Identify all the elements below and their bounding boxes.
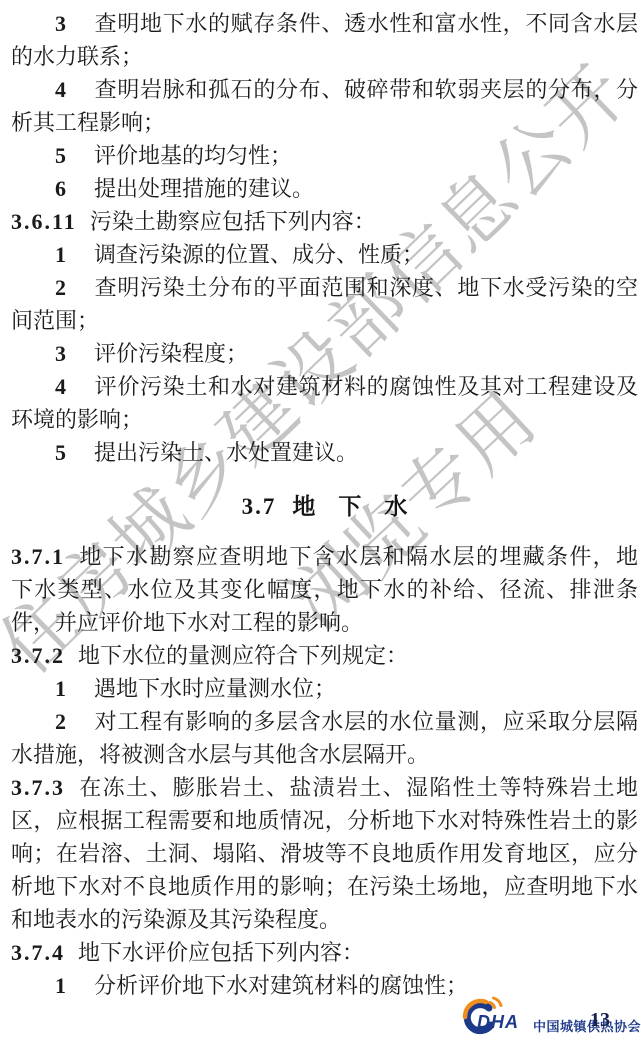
item-number: 5 [55,440,66,465]
item-number: 1 [55,242,66,267]
text-line: 1调查污染源的位置、成分、性质； [11,238,638,271]
list-item-paragraph: 5提出污染土、水处置建议。 [11,436,638,469]
clause-paragraph: 3.7.1地下水勘察应查明地下含水层和隔水层的埋藏条件，地下水类型、水位及其变化… [11,540,638,639]
line-text: 响；在岩溶、土洞、塌陷、滑坡等不良地质作用发育地区，应分 [11,841,638,866]
text-line: 响；在岩溶、土洞、塌陷、滑坡等不良地质作用发育地区，应分 [11,837,638,870]
item-number: 1 [55,676,66,701]
list-item-paragraph: 6提出处理措施的建议。 [11,172,638,205]
text-line: 3查明地下水的赋存条件、透水性和富水性，不同含水层 [11,7,638,40]
line-text: 遇地下水时应量测水位； [94,676,336,701]
line-text: 查明地下水的赋存条件、透水性和富水性，不同含水层 [94,11,638,36]
section-title: 地 下 水 [292,494,407,519]
text-line: 析其工程影响； [11,106,638,139]
text-line: 2查明污染土分布的平面范围和深度、地下水受污染的空 [11,271,638,304]
text-line: 3评价污染程度； [11,337,638,370]
line-text: 的水力联系； [11,44,143,69]
line-text: 提出处理措施的建议。 [94,176,314,201]
line-text: 区，应根据工程需要和地质情况，分析地下水对特殊性岩土的影 [11,808,638,833]
line-text: 对工程有影响的多层含水层的水位量测，应采取分层隔 [94,709,638,734]
text-line: 和地表水的污染源及其污染程度。 [11,903,638,936]
line-text: 下水类型、水位及其变化幅度，地下水的补给、径流、排泄条 [11,577,638,602]
line-text: 评价污染程度； [94,341,248,366]
page-footer: DHA 中国城镇供热协会 13 [456,995,641,1045]
text-line: 3.6.11污染土勘察应包括下列内容： [11,205,638,238]
list-item-paragraph: 2查明污染土分布的平面范围和深度、地下水受污染的空间范围； [11,271,638,337]
line-text: 析地下水对不良地质作用的影响；在污染土场地，应查明地下水 [11,874,638,899]
text-line: 3.7.3在冻土、膨胀岩土、盐渍岩土、湿陷性土等特殊岩土地 [11,771,638,804]
text-line: 的水力联系； [11,40,638,73]
section-number: 3.7 [242,494,277,519]
line-text: 评价污染土和水对建筑材料的腐蚀性及其对工程建设及 [94,374,638,399]
text-line: 件，并应评价地下水对工程的影响。 [11,606,638,639]
item-number: 6 [55,176,66,201]
list-item-paragraph: 2对工程有影响的多层含水层的水位量测，应采取分层隔水措施，将被测含水层与其他含水… [11,705,638,771]
item-number: 1 [55,973,66,998]
line-text: 分析评价地下水对建筑材料的腐蚀性； [94,973,468,998]
item-number: 4 [55,77,66,102]
clause-number: 3.7.1 [11,544,65,569]
item-number: 2 [55,709,66,734]
line-text: 析其工程影响； [11,110,165,135]
text-line: 水措施，将被测含水层与其他含水层隔开。 [11,738,638,771]
line-text: 评价地基的均匀性； [94,143,292,168]
text-line: 4评价污染土和水对建筑材料的腐蚀性及其对工程建设及 [11,370,638,403]
clause-number: 3.7.3 [11,775,65,800]
line-text: 间范围； [11,308,99,333]
list-item-paragraph: 3评价污染程度； [11,337,638,370]
list-item-paragraph: 3查明地下水的赋存条件、透水性和富水性，不同含水层的水力联系； [11,7,638,73]
text-line: 4查明岩脉和孤石的分布、破碎带和软弱夹层的分布，分 [11,73,638,106]
item-number: 3 [55,11,66,36]
clause-paragraph: 3.7.4地下水评价应包括下列内容： [11,936,638,969]
item-number: 4 [55,374,66,399]
text-line: 环境的影响； [11,403,638,436]
list-item-paragraph: 4评价污染土和水对建筑材料的腐蚀性及其对工程建设及环境的影响； [11,370,638,436]
clause-number: 3.7.2 [11,643,65,668]
list-item-paragraph: 1调查污染源的位置、成分、性质； [11,238,638,271]
text-line: 2对工程有影响的多层含水层的水位量测，应采取分层隔 [11,705,638,738]
list-item-paragraph: 1遇地下水时应量测水位； [11,672,638,705]
line-text: 环境的影响； [11,407,143,432]
line-text: 水措施，将被测含水层与其他含水层隔开。 [11,742,429,767]
text-line: 间范围； [11,304,638,337]
clause-paragraph: 3.6.11污染土勘察应包括下列内容： [11,205,638,238]
document-content: 3查明地下水的赋存条件、透水性和富水性，不同含水层的水力联系；4查明岩脉和孤石的… [11,7,638,1002]
text-line: 下水类型、水位及其变化幅度，地下水的补给、径流、排泄条 [11,573,638,606]
line-text: 件，并应评价地下水对工程的影响。 [11,610,363,635]
list-item-paragraph: 5评价地基的均匀性； [11,139,638,172]
line-text: 地下水勘察应查明地下含水层和隔水层的埋藏条件，地 [78,544,638,569]
section-heading: 3.7地 下 水 [11,490,638,523]
logo-org-name: 中国城镇供热协会 [533,1016,641,1035]
page-number: 13 [590,1009,610,1032]
list-item-paragraph: 4查明岩脉和孤石的分布、破碎带和软弱夹层的分布，分析其工程影响； [11,73,638,139]
item-number: 2 [55,275,66,300]
text-line: 5提出污染土、水处置建议。 [11,436,638,469]
clause-paragraph: 3.7.2地下水位的量测应符合下列规定： [11,639,638,672]
line-text: 地下水位的量测应符合下列规定： [78,643,408,668]
clause-paragraph: 3.7.3在冻土、膨胀岩土、盐渍岩土、湿陷性土等特殊岩土地区，应根据工程需要和地… [11,771,638,936]
clause-number: 3.6.11 [11,209,77,234]
clause-number: 3.7.4 [11,940,65,965]
text-line: 3.7.4地下水评价应包括下列内容： [11,936,638,969]
line-text: 查明岩脉和孤石的分布、破碎带和软弱夹层的分布，分 [94,77,638,102]
item-number: 5 [55,143,66,168]
item-number: 3 [55,341,66,366]
text-line: 1遇地下水时应量测水位； [11,672,638,705]
line-text: 地下水评价应包括下列内容： [78,940,364,965]
text-line: 区，应根据工程需要和地质情况，分析地下水对特殊性岩土的影 [11,804,638,837]
text-line: 6提出处理措施的建议。 [11,172,638,205]
line-text: 污染土勘察应包括下列内容： [90,209,376,234]
text-line: 5评价地基的均匀性； [11,139,638,172]
line-text: 提出污染土、水处置建议。 [94,440,358,465]
text-line: 3.7.2地下水位的量测应符合下列规定： [11,639,638,672]
text-line: 析地下水对不良地质作用的影响；在污染土场地，应查明地下水 [11,870,638,903]
line-text: 调查污染源的位置、成分、性质； [94,242,424,267]
logo-acronym: DHA [477,1012,519,1033]
document-page: 住房城乡建设部信息公开 浏览专用 3查明地下水的赋存条件、透水性和富水性，不同含… [0,0,641,1047]
text-line: 3.7.1地下水勘察应查明地下含水层和隔水层的埋藏条件，地 [11,540,638,573]
line-text: 和地表水的污染源及其污染程度。 [11,907,341,932]
line-text: 在冻土、膨胀岩土、盐渍岩土、湿陷性土等特殊岩土地 [78,775,638,800]
line-text: 查明污染土分布的平面范围和深度、地下水受污染的空 [94,275,638,300]
